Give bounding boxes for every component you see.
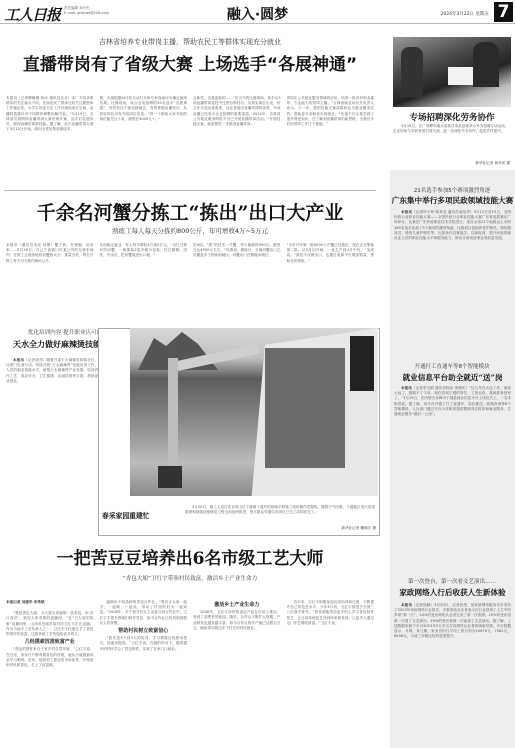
section-title: 融入·圆梦: [0, 4, 515, 24]
article1-body: 本报讯（记者柳姗姗 杨冰 通讯员吴戈）求广不同求职群体的关注重点不同，比如农民工…: [6, 96, 374, 178]
article5-headline: 就业信息平台助全就近“送”岗: [390, 372, 515, 383]
masthead: 工人日报 责任编辑 刘小杰 E-mail: grrbnet@126.com 融入…: [0, 0, 515, 24]
page-number: 7: [494, 2, 513, 22]
article7-section3-title: 激活乡土产业生命力: [193, 603, 281, 608]
article7-col3: 激活乡土产业生命力 2008年，卫红宇所带的香包产品在市场上推出，受到了消费者的…: [193, 600, 281, 746]
article5-body: 本报讯（记者李玉娟 通讯员杨冰 李德庆）“这几年在大连工作，离家太远了，照顾不了…: [394, 386, 511, 562]
article2-subhead: 熟练工每人每天分拣约800公斤，年可增收4万~5万元: [0, 226, 380, 235]
article7-section1-title: 几经摸索找准致富产业: [6, 640, 94, 645]
article7-byline: 本报记者 刘建华 李秀斌: [6, 600, 94, 605]
article1-col1: 本报讯（记者柳姗姗 杨冰 通讯员吴戈）求广不同求职群体的关注重点不同，比如农民工…: [6, 96, 94, 178]
issue-date: 2024年3月22日 星期五: [441, 11, 489, 17]
article2-col3: 的4倍。“我”的技术一斤蟹，每天能够拣300元，薪资月达4500元左右。”吴燕说…: [193, 243, 281, 293]
article1-kicker: 吉林省培养专业带岗主播，帮助农民工等群体实现充分就业: [0, 37, 380, 47]
photo-excavator: [130, 328, 378, 496]
photo1-caption-title: 专场招聘深化劳务协作: [393, 111, 511, 123]
photo1-caption-text: 3月19日，在广西柳州融水苗族自治县基地举办劳务招聘专场活动，企业现场与求职者面…: [393, 124, 511, 156]
article2-headline: 千余名河蟹分拣工“拣出”出口大产业: [0, 198, 380, 225]
article7-col1: 本报记者 刘建华 李秀斌 “我是香包大姐，今天我大家编制一条香包，叫‘苦口香济’…: [6, 600, 94, 746]
article2-col2: 实现稳定就业，每人每年增收4万到5万元。“以往分拣好的河蟹，一般都装2层多箱分包…: [100, 243, 188, 293]
photo2-credit: 新华社记者 鞠焕宗 摄: [300, 526, 376, 531]
photo2-caption-text: 3月20日，施工人员在北京房山区十渡镇十渡村的基础平移施工现场操作挖掘机。随着天…: [185, 505, 375, 527]
article4-kicker: 21名选手参加5个赛项激烈角逐: [392, 186, 512, 194]
article1-headline: 直播带岗有了省级大赛 上场选手“各展神通”: [0, 50, 380, 75]
article7-section2-title: 帮助村民树立致富信心: [100, 629, 188, 634]
article1-col3: 会新奖，自我更新的……”在当天的比赛现场，选手从3项直播带岗竞技中比拼各种技巧，…: [193, 96, 281, 178]
article4-headline: 广东集中举行多项民政领域技能大赛: [390, 195, 515, 206]
article7-body: 本报记者 刘建华 李秀斌 “我是香包大姐，今天我大家编制一条香包，叫‘苦口香济’…: [6, 600, 374, 746]
divider: [4, 190, 376, 191]
article1-col2: 程，大赛根据AI评估自动打分和专家现场评分确定最终结果。比赛现场，咸合农电招聘的…: [100, 96, 188, 178]
article2-col1: 本报讯（通讯员吴成 杨柳）蟹子套，在理顺，房舍家……5月16日，在辽宁盘锦口岸某…: [6, 243, 94, 293]
article6-body: 本报讯（记者邢颖）3月20日，记者获悉，某家政网络服务平台发布了2023年家政网…: [394, 603, 511, 743]
photo-recruitment-fair: [393, 37, 511, 107]
article1-col4: 带岗在公共就业服务领域的应用，培养一批具有职业素养、专业能力的带岗主播。”吉林省…: [287, 96, 375, 178]
article7-subhead: “香包大姐”卫红宇带领村民致富，激活乡土产业生命力: [0, 574, 380, 582]
article6-headline: 家政网络人行后收获人生新体验: [390, 587, 515, 598]
article7-headline: 一把苦豆豆培养出6名市级工艺大师: [0, 544, 380, 569]
article2-col4: “今年开年第一批6000公斤蟹已经通过，现在正在筹备第二批。从3月初开始，一直生…: [287, 243, 375, 293]
article6-kicker: 第一次登台，第一次看文艺演出……: [392, 577, 512, 585]
article7-col4: 近年来，卫红宇积极参加各类培训和比赛，不断提升自己的技艺水平。今年3月初，卫红宇…: [287, 600, 375, 746]
photo1-credit: 新华社记者 黄孝邦 摄: [430, 161, 510, 166]
article7-col2: 编制出不同品种的香包合作社。“我们让大家一起学，一起做，一起卖，带动了村里的妇女…: [100, 600, 188, 746]
article4-body: 本报讯（记者叶小钟 陈恭北 通讯员莫培华）3月12日至15日，全国民政行业职业技…: [394, 210, 511, 353]
article2-body: 本报讯（通讯员吴成 杨柳）蟹子套，在理顺，房舍家……5月16日，在辽宁盘锦口岸某…: [6, 243, 374, 293]
article5-kicker: 开通打工直通车等8个智能模块: [392, 362, 512, 370]
